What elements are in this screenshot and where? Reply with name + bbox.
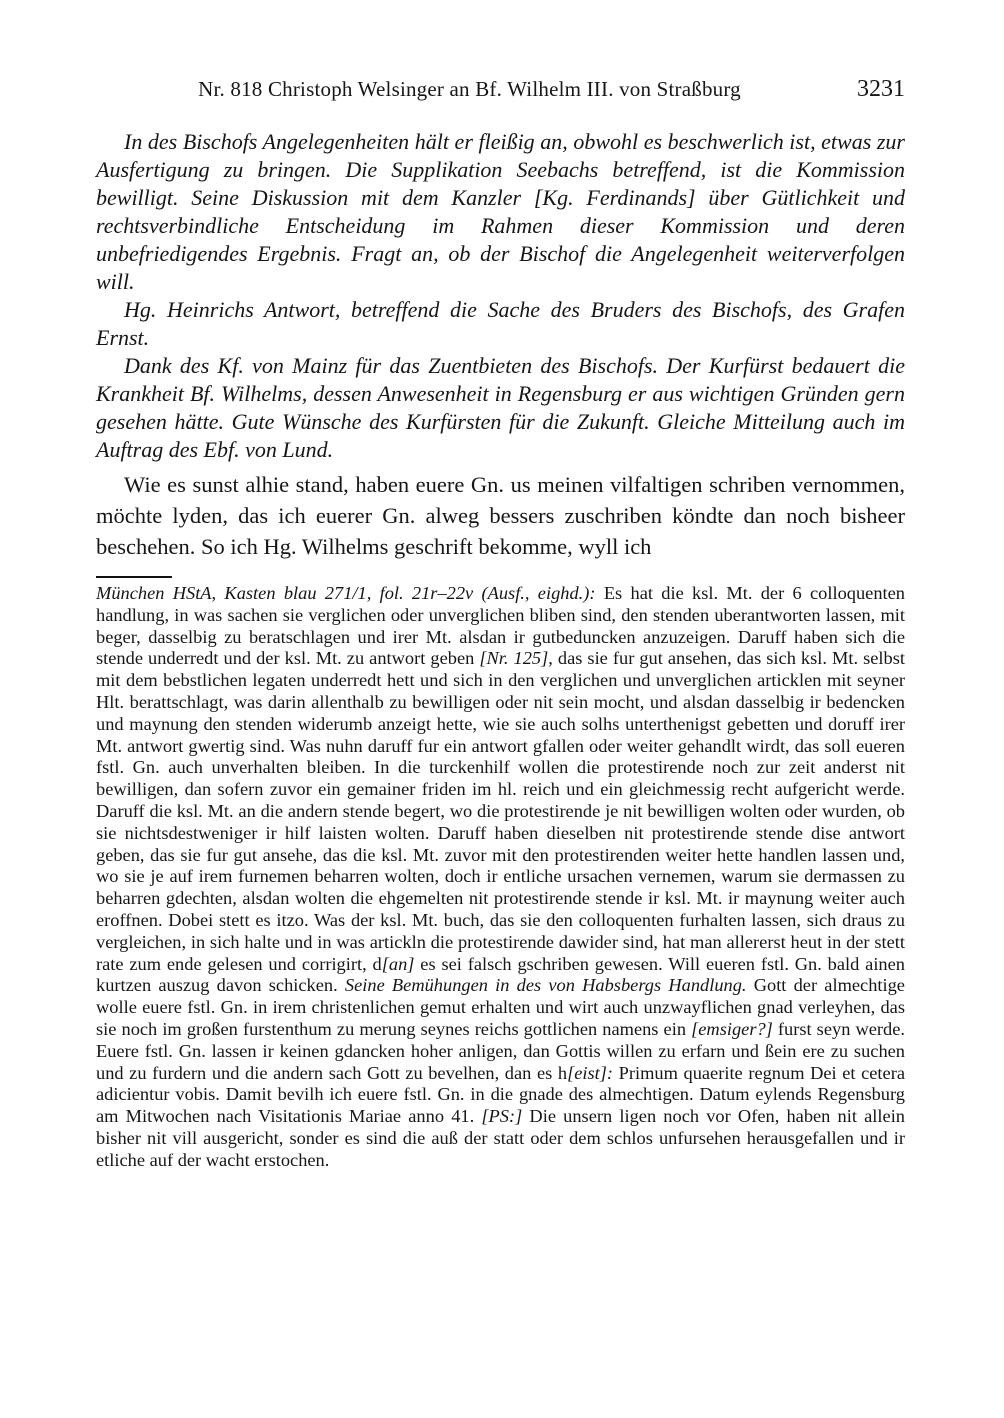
footnote-italic-segment: [Nr. 125]	[479, 648, 548, 668]
summary-paragraph: In des Bischofs Angelegenheiten hält er …	[96, 128, 905, 296]
footnote-italic-segment: [an]	[382, 954, 415, 974]
footnote-section: München HStA, Kasten blau 271/1, fol. 21…	[96, 583, 905, 1172]
summary-paragraph: Hg. Heinrichs Antwort, betreffend die Sa…	[96, 296, 905, 352]
book-page: Nr. 818 Christoph Welsinger an Bf. Wilhe…	[0, 0, 1004, 1418]
running-head-title: Nr. 818 Christoph Welsinger an Bf. Wilhe…	[96, 76, 843, 102]
running-head: Nr. 818 Christoph Welsinger an Bf. Wilhe…	[96, 76, 905, 102]
page-number: 3231	[843, 76, 905, 102]
footnote-italic-segment: München HStA, Kasten blau 271/1, fol. 21…	[96, 583, 604, 603]
footnote-italic-segment: [PS:]	[481, 1106, 522, 1126]
footnote-italic-segment: Seine Bemühungen in des von Habsbergs Ha…	[345, 975, 747, 995]
body-paragraph: Wie es sunst alhie stand, haben euere Gn…	[96, 469, 905, 562]
body-section: Wie es sunst alhie stand, haben euere Gn…	[96, 469, 905, 562]
footnote-italic-segment: [emsiger?]	[691, 1019, 773, 1039]
summary-paragraph: Dank des Kf. von Mainz für das Zuentbiet…	[96, 352, 905, 464]
footnote-segment: , das sie fur gut ansehen, das sich ksl.…	[96, 648, 905, 973]
footnote-separator-rule	[96, 576, 172, 578]
summary-section: In des Bischofs Angelegenheiten hält er …	[96, 128, 905, 464]
footnote-italic-segment: [eist]:	[567, 1063, 613, 1083]
footnote-text: München HStA, Kasten blau 271/1, fol. 21…	[96, 583, 905, 1172]
